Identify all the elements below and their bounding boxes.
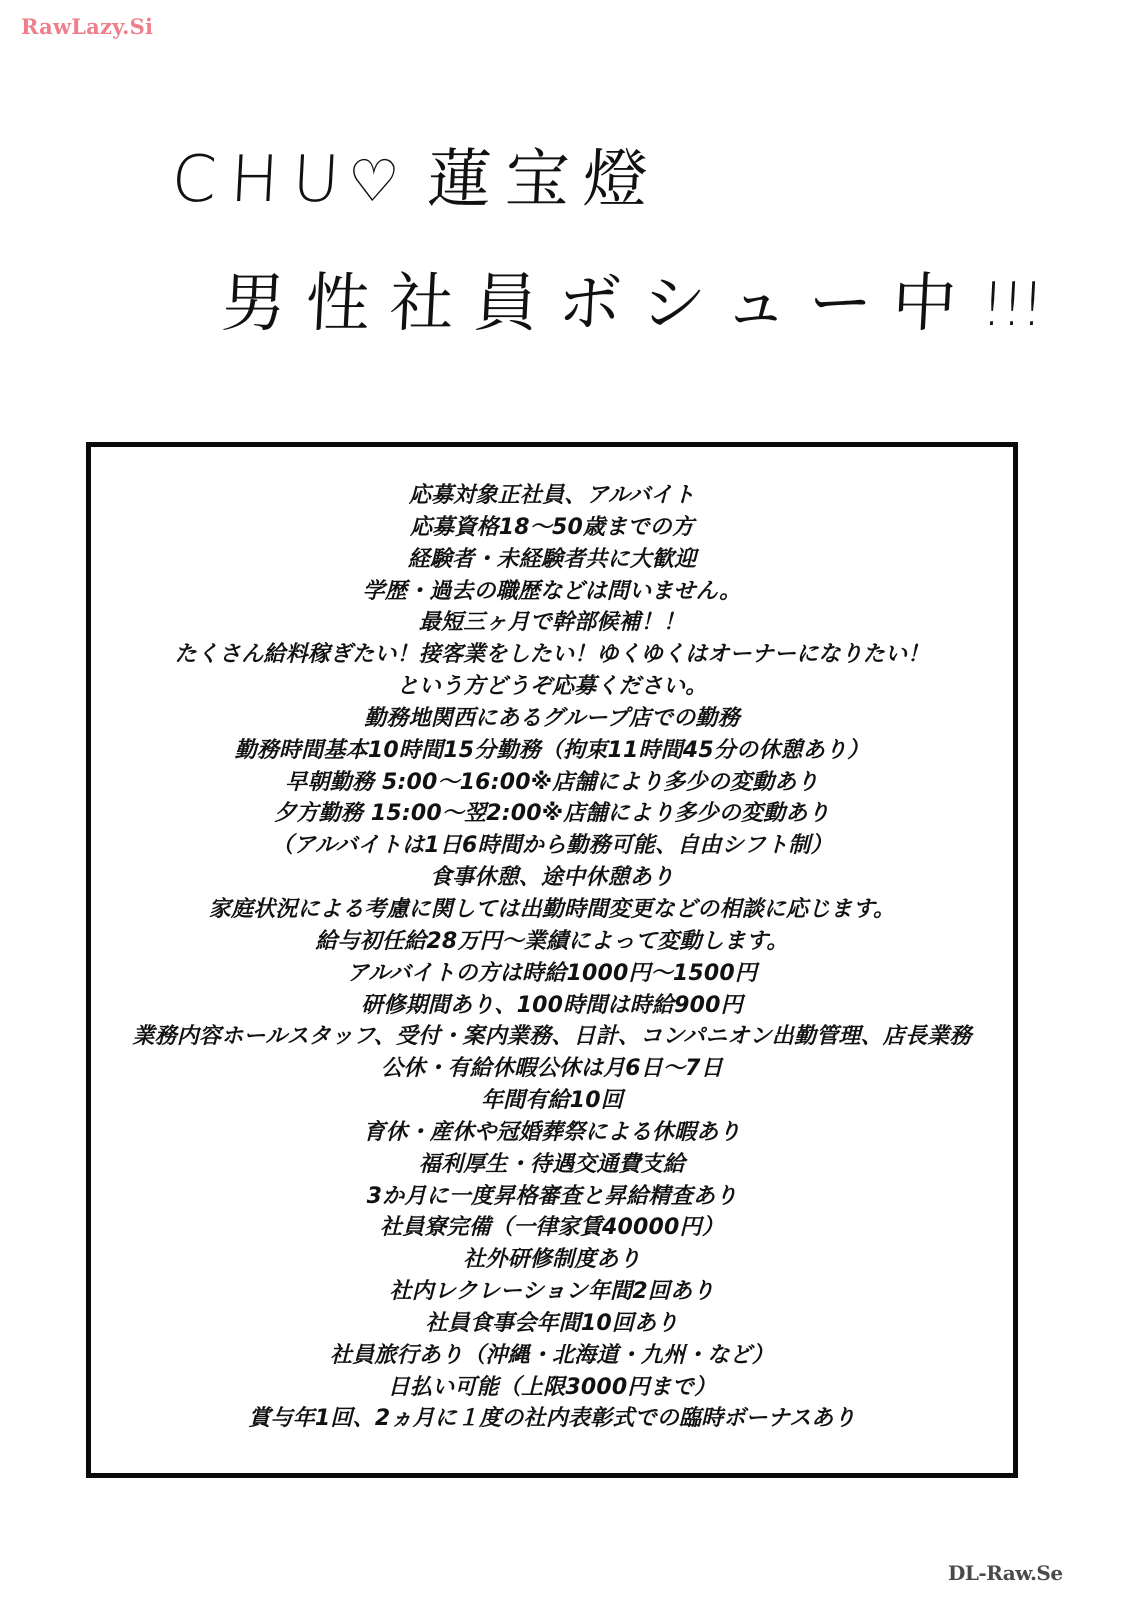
- job-listing-lines: 応募対象正社員、アルバイト 応募資格18〜50歳までの方 経験者・未経験者共に大…: [91, 480, 1013, 1435]
- listing-line: 家庭状況による考慮に関しては出勤時間変更などの相談に応じます。: [91, 894, 1013, 926]
- headline-line-2: 男性社員ボシュー中!!!: [220, 252, 1044, 344]
- headline-prefix: CHU: [170, 143, 356, 217]
- listing-line: 賞与年1回、2ヵ月に１度の社内表彰式での臨時ボーナスあり: [91, 1403, 1013, 1435]
- heart-outline-icon: ♡: [346, 147, 416, 215]
- listing-line: たくさん給料稼ぎたい！接客業をしたい！ゆくゆくはオーナーになりたい！: [91, 639, 1013, 671]
- listing-line: 給与初任給28万円〜業績によって変動します。: [91, 926, 1013, 958]
- headline-name: 蓮宝燈: [425, 143, 663, 217]
- listing-line: 学歴・過去の職歴などは問いません。: [91, 576, 1013, 608]
- listing-line: 社員旅行あり（沖縄・北海道・九州・など）: [91, 1340, 1013, 1372]
- listing-line: 勤務地関西にあるグループ店での勤務: [91, 703, 1013, 735]
- headline-recruiting-text: 男性社員ボシュー中: [220, 267, 979, 341]
- listing-line: 社員寮完備（一律家賃40000円）: [91, 1212, 1013, 1244]
- listing-line: 経験者・未経験者共に大歓迎: [91, 544, 1013, 576]
- listing-line: 業務内容ホールスタッフ、受付・案内業務、日計、コンパニオン出勤管理、店長業務: [91, 1021, 1013, 1053]
- listing-line: 研修期間あり、100時間は時給900円: [91, 990, 1013, 1022]
- listing-line: 育休・産休や冠婚葬祭による休暇あり: [91, 1117, 1013, 1149]
- listing-line: 応募資格18〜50歳までの方: [91, 512, 1013, 544]
- listing-line: アルバイトの方は時給1000円〜1500円: [91, 958, 1013, 990]
- listing-line: 夕方勤務 15:00〜翌2:00※店舗により多少の変動あり: [91, 798, 1013, 830]
- listing-line: 勤務時間基本10時間15分勤務（拘束11時間45分の休憩あり）: [91, 735, 1013, 767]
- job-listing-box: 応募対象正社員、アルバイト 応募資格18〜50歳までの方 経験者・未経験者共に大…: [86, 442, 1018, 1478]
- headline-exclamations: !!!: [979, 270, 1043, 340]
- listing-line: 3か月に一度昇格審査と昇給精査あり: [91, 1181, 1013, 1213]
- listing-line: という方どうぞ応募ください。: [91, 671, 1013, 703]
- listing-line: 社員食事会年間10回あり: [91, 1308, 1013, 1340]
- listing-line: 社外研修制度あり: [91, 1244, 1013, 1276]
- listing-line: 早朝勤務 5:00〜16:00※店舗により多少の変動あり: [91, 767, 1013, 799]
- listing-line: 社内レクレーション年間2回あり: [91, 1276, 1013, 1308]
- watermark-top-left: RawLazy.Si: [21, 14, 153, 39]
- listing-line: 最短三ヶ月で幹部候補！！: [91, 607, 1013, 639]
- listing-line: 福利厚生・待遇交通費支給: [91, 1149, 1013, 1181]
- listing-line: 公休・有給休暇公休は月6日〜7日: [91, 1053, 1013, 1085]
- watermark-bottom-right: DL-Raw.Se: [948, 1561, 1063, 1585]
- listing-line: （アルバイトは1日6時間から勤務可能、自由シフト制）: [91, 830, 1013, 862]
- listing-line: 応募対象正社員、アルバイト: [91, 480, 1013, 512]
- listing-line: 日払い可能（上限3000円まで）: [91, 1372, 1013, 1404]
- listing-line: 年間有給10回: [91, 1085, 1013, 1117]
- headline-line-1: CHU♡蓮宝燈: [170, 128, 664, 220]
- listing-line: 食事休憩、途中休憩あり: [91, 862, 1013, 894]
